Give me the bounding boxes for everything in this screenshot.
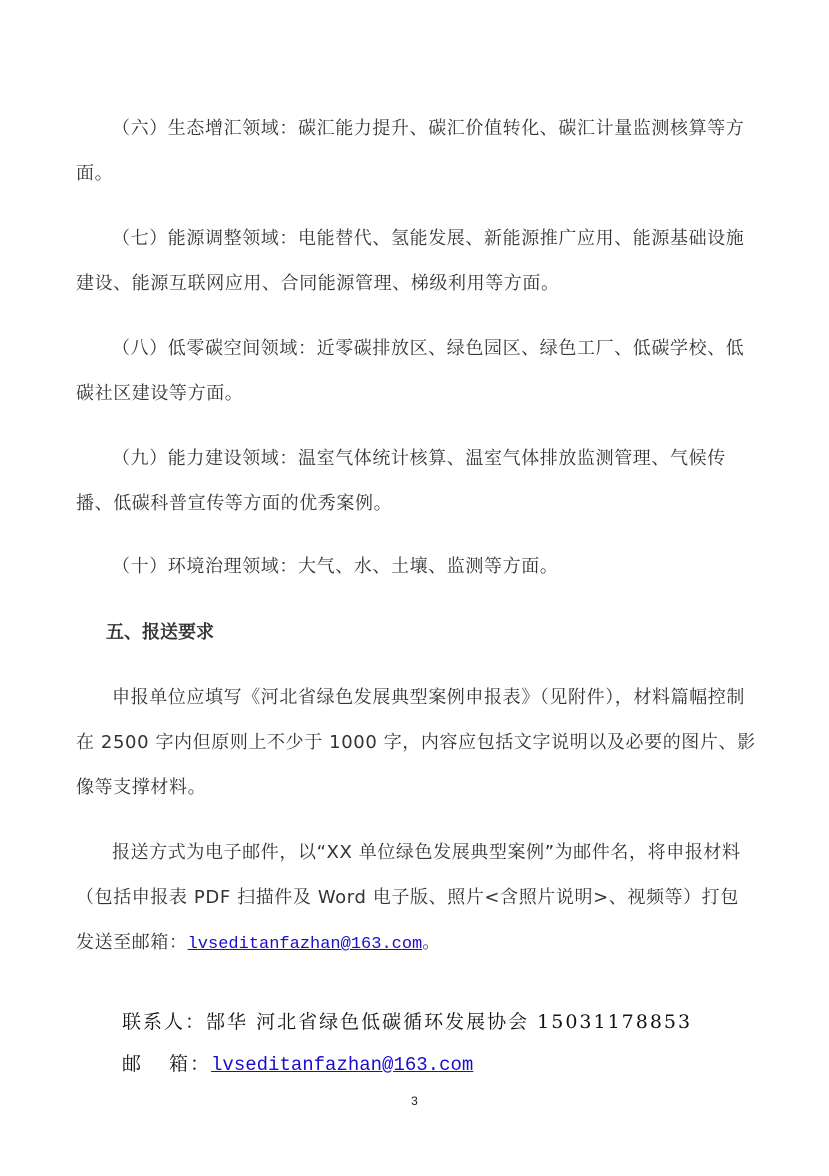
paragraph-ecological-sink: （六）生态增汇领域：碳汇能力提升、碳汇价值转化、碳汇计量监测核算等方面。 bbox=[76, 106, 756, 196]
contact-person-line: 联系人：郜华 河北省绿色低碳循环发展协会 15031178853 bbox=[122, 1002, 692, 1042]
contact-email-link[interactable]: lvseditanfazhan@163.com bbox=[211, 1054, 473, 1076]
email-label-part1: 邮 bbox=[122, 1053, 143, 1075]
paragraph-low-zero-carbon-space: （八）低零碳空间领域：近零碳排放区、绿色园区、绿色工厂、低碳学校、低碳社区建设等… bbox=[76, 326, 756, 416]
contact-organization: 河北省绿色低碳循环发展协会 bbox=[256, 1011, 529, 1033]
contact-person-name: 郜华 bbox=[206, 1011, 248, 1033]
paragraph-application-requirements: 申报单位应填写《河北省绿色发展典型案例申报表》（见附件），材料篇幅控制在 250… bbox=[76, 675, 756, 810]
paragraph-capacity-building: （九）能力建设领域：温室气体统计核算、温室气体排放监测管理、气候传播、低碳科普宣… bbox=[76, 436, 756, 526]
contact-person-label: 联系人： bbox=[122, 1011, 206, 1033]
page-number: 3 bbox=[0, 1094, 829, 1108]
section-heading-submission-requirements: 五、报送要求 bbox=[106, 610, 214, 655]
submission-period: 。 bbox=[422, 932, 441, 953]
paragraph-submission-method: 报送方式为电子邮件，以“XX 单位绿色发展典型案例”为邮件名，将申报材料（包括申… bbox=[76, 830, 756, 967]
document-page: （六）生态增汇领域：碳汇能力提升、碳汇价值转化、碳汇计量监测核算等方面。 （七）… bbox=[0, 0, 829, 1176]
paragraph-environmental-governance: （十）环境治理领域：大气、水、土壤、监测等方面。 bbox=[76, 544, 756, 589]
contact-email-line: 邮箱：lvseditanfazhan@163.com bbox=[122, 1044, 473, 1085]
paragraph-energy-adjustment: （七）能源调整领域：电能替代、氢能发展、新能源推广应用、能源基础设施建设、能源互… bbox=[76, 216, 756, 306]
email-label-part2: 箱： bbox=[169, 1053, 211, 1075]
email-link-inline[interactable]: lvseditanfazhan@163.com bbox=[188, 935, 423, 954]
contact-phone: 15031178853 bbox=[537, 1011, 692, 1033]
